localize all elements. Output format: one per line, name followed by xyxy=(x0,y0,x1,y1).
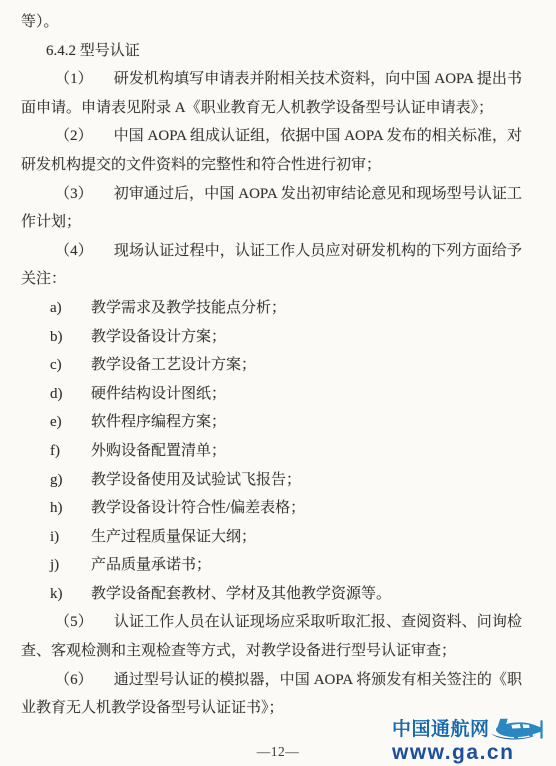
lettered-item: j)产品质量承诺书； xyxy=(21,551,522,580)
lettered-item: e)软件程序编程方案； xyxy=(21,408,522,437)
item-text: 研发机构填写申请表并附相关技术资料，向中国 AOPA 提出书面申请。申请表见附录… xyxy=(21,71,522,116)
airplane-icon xyxy=(489,716,545,742)
numbered-paragraph: （6）通过型号认证的模拟器，中国 AOPA 将颁发有相关签注的《职业教育无人机教… xyxy=(21,666,522,723)
item-letter: e) xyxy=(50,408,64,437)
item-text: 外购设备配置清单； xyxy=(91,443,226,459)
item-number: （6） xyxy=(55,672,93,688)
lettered-item: f)外购设备配置清单； xyxy=(21,437,522,466)
item-text: 教学设备配套教材、学材及其他教学资源等。 xyxy=(91,586,391,602)
item-text: 生产过程质量保证大纲； xyxy=(91,529,256,545)
document-page: 等）。 6.4.2 型号认证 （1）研发机构填写申请表并附相关技术资料，向中国 … xyxy=(0,0,556,766)
item-letter: h) xyxy=(50,494,64,523)
site-watermark: 中国通航网 www.ga.cn xyxy=(392,717,552,763)
item-number: （5） xyxy=(55,614,93,630)
item-text: 教学设备设计方案； xyxy=(91,329,226,345)
item-text: 认证工作人员在认证现场应采取听取汇报、查阅资料、问询检查、客观检测和主观检查等方… xyxy=(21,614,522,659)
section-heading: 6.4.2 型号认证 xyxy=(21,37,522,66)
numbered-paragraph: （2）中国 AOPA 组成认证组，依据中国 AOPA 发布的相关标准，对研发机构… xyxy=(21,122,522,179)
lettered-item: h)教学设备设计符合性/偏差表格； xyxy=(21,494,522,523)
item-letter: j) xyxy=(50,551,64,580)
lettered-item: g)教学设备使用及试验试飞报告； xyxy=(21,466,522,495)
item-text: 产品质量承诺书； xyxy=(91,557,211,573)
item-letter: b) xyxy=(50,323,64,352)
item-letter: k) xyxy=(50,580,64,609)
item-letter: a) xyxy=(50,294,64,323)
item-number: （1） xyxy=(55,71,93,87)
item-letter: f) xyxy=(50,437,64,466)
item-text: 软件程序编程方案； xyxy=(91,414,226,430)
item-number: （4） xyxy=(55,243,93,259)
item-letter: g) xyxy=(50,466,64,495)
numbered-paragraph: （4）现场认证过程中，认证工作人员应对研发机构的下列方面给予关注： xyxy=(21,237,522,294)
item-number: （3） xyxy=(55,186,93,202)
carryover-line: 等）。 xyxy=(21,8,522,37)
lettered-item: i)生产过程质量保证大纲； xyxy=(21,523,522,552)
numbered-paragraph: （3）初审通过后，中国 AOPA 发出初审结论意见和现场型号认证工作计划； xyxy=(21,180,522,237)
item-text: 教学需求及教学技能点分析； xyxy=(91,300,286,316)
item-text: 现场认证过程中，认证工作人员应对研发机构的下列方面给予关注： xyxy=(21,243,522,288)
lettered-item: d)硬件结构设计图纸； xyxy=(21,380,522,409)
lettered-item: k)教学设备配套教材、学材及其他教学资源等。 xyxy=(21,580,522,609)
site-url: www.ga.cn xyxy=(392,742,552,763)
numbered-paragraph: （5）认证工作人员在认证现场应采取听取汇报、查阅资料、问询检查、客观检测和主观检… xyxy=(21,608,522,665)
lettered-item: c)教学设备工艺设计方案； xyxy=(21,351,522,380)
lettered-item: a)教学需求及教学技能点分析； xyxy=(21,294,522,323)
item-letter: i) xyxy=(50,523,64,552)
item-text: 教学设备设计符合性/偏差表格； xyxy=(91,500,305,516)
item-text: 教学设备使用及试验试飞报告； xyxy=(91,472,301,488)
item-text: 硬件结构设计图纸； xyxy=(91,386,226,402)
item-letter: c) xyxy=(50,351,64,380)
site-name: 中国通航网 xyxy=(392,720,490,739)
document-body: 等）。 6.4.2 型号认证 （1）研发机构填写申请表并附相关技术资料，向中国 … xyxy=(0,0,556,723)
item-text: 中国 AOPA 组成认证组，依据中国 AOPA 发布的相关标准，对研发机构提交的… xyxy=(21,128,522,173)
watermark-brand-row: 中国通航网 xyxy=(392,717,552,741)
item-text: 初审通过后，中国 AOPA 发出初审结论意见和现场型号认证工作计划； xyxy=(21,186,522,231)
numbered-paragraph: （1）研发机构填写申请表并附相关技术资料，向中国 AOPA 提出书面申请。申请表… xyxy=(21,65,522,122)
item-text: 通过型号认证的模拟器，中国 AOPA 将颁发有相关签注的《职业教育无人机教学设备… xyxy=(21,672,522,717)
item-number: （2） xyxy=(55,128,93,144)
item-letter: d) xyxy=(50,380,64,409)
item-text: 教学设备工艺设计方案； xyxy=(91,357,256,373)
lettered-item: b)教学设备设计方案； xyxy=(21,323,522,352)
